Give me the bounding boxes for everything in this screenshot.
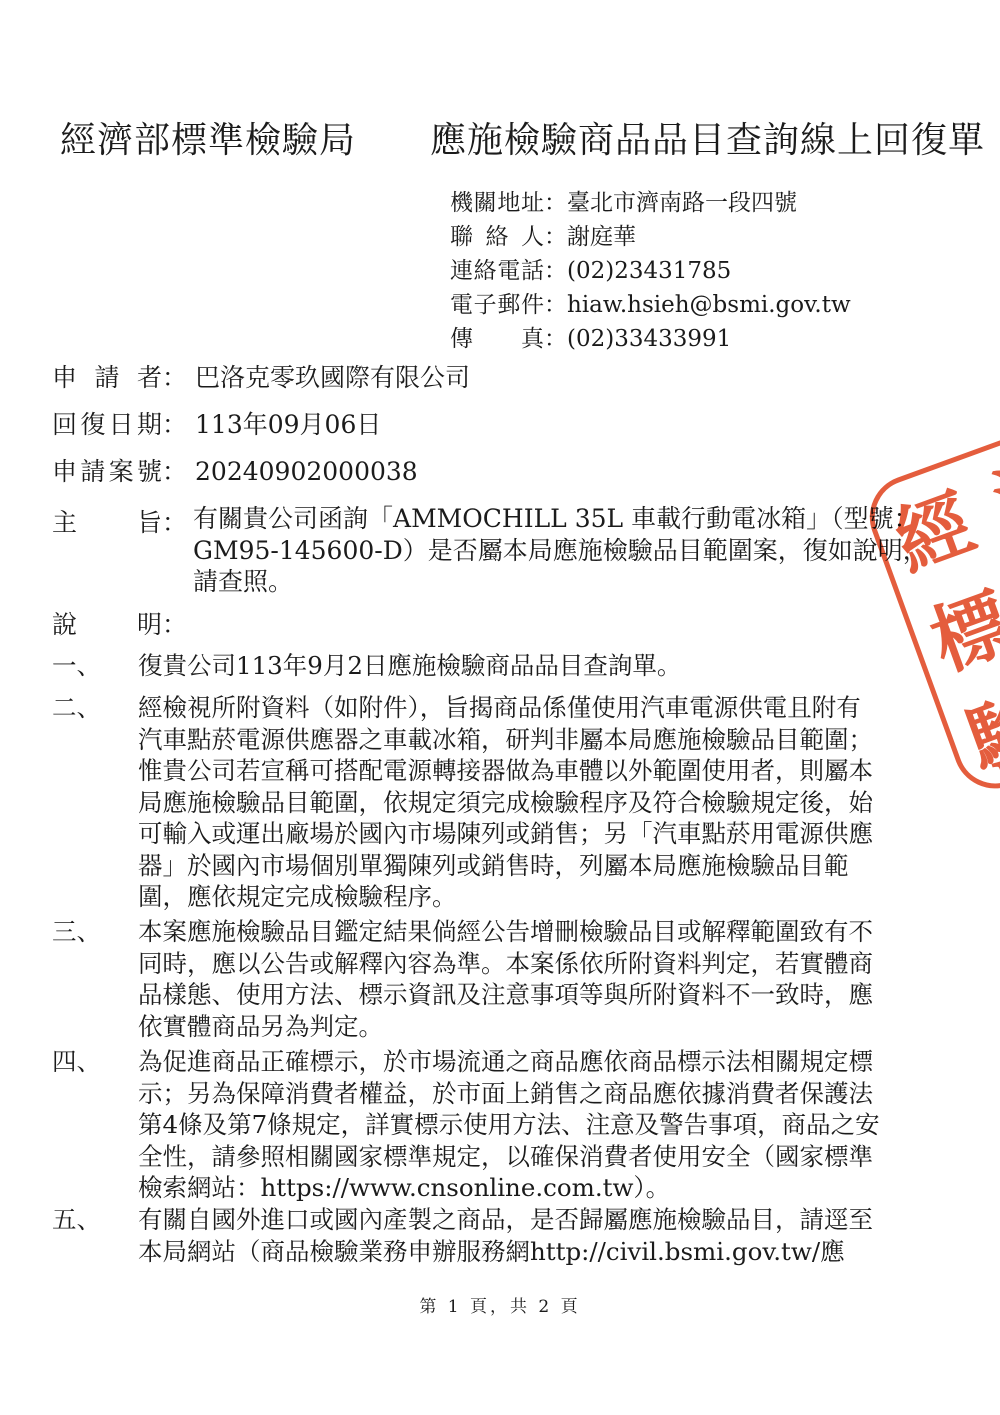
colon: ： — [544, 288, 567, 322]
colon: ： — [544, 254, 567, 288]
contact-label: 電子郵件 — [450, 288, 544, 322]
colon: ： — [162, 358, 187, 394]
contact-label: 聯絡人 — [450, 220, 544, 254]
subject-row: 主旨：有關貴公司函詢「AMMOCHILL 35L 車載行動電冰箱」（型號： GM… — [52, 503, 953, 598]
page-title: 經濟部標準檢驗局 應施檢驗商品品目查詢線上回復單 — [60, 112, 985, 163]
item-number: 四、 — [52, 1046, 101, 1078]
contact-row-person: 聯絡人：謝庭華 — [450, 220, 851, 254]
contact-value-person: 謝庭華 — [567, 224, 636, 250]
contact-value-email: hiaw.hsieh@bsmi.gov.tw — [567, 292, 851, 318]
colon: ： — [162, 452, 187, 488]
contact-row-address: 機關地址：臺北市濟南路一段四號 — [450, 186, 851, 220]
subject-label: 主旨 — [52, 503, 162, 539]
field-label: 申請案號 — [52, 452, 162, 488]
field-label: 回復日期 — [52, 405, 162, 441]
agency-contact-block: 機關地址：臺北市濟南路一段四號 聯絡人：謝庭華 連絡電話：(02)2343178… — [450, 186, 851, 356]
contact-row-phone: 連絡電話：(02)23431785 — [450, 254, 851, 288]
colon: ： — [162, 605, 187, 641]
item-text: 為促進商品正確標示，於市場流通之商品應依商品標示法相關規定標 示；另為保障消費者… — [138, 1046, 918, 1204]
explanation-row: 說明： — [52, 605, 187, 641]
item-number: 五、 — [52, 1204, 101, 1236]
colon: ： — [162, 405, 187, 441]
contact-value-phone: (02)23431785 — [567, 258, 731, 284]
explanation-label: 說明 — [52, 605, 162, 641]
field-label: 申請者 — [52, 358, 162, 394]
contact-row-fax: 傳真：(02)33433991 — [450, 322, 851, 356]
field-applicant: 申請者：巴洛克零玖國際有限公司 — [52, 358, 470, 394]
contact-label: 連絡電話 — [450, 254, 544, 288]
field-value-applicant: 巴洛克零玖國際有限公司 — [195, 363, 470, 392]
contact-row-email: 電子郵件：hiaw.hsieh@bsmi.gov.tw — [450, 288, 851, 322]
field-reply-date: 回復日期：113年09月06日 — [52, 405, 381, 441]
subject-text: 有關貴公司函詢「AMMOCHILL 35L 車載行動電冰箱」（型號： GM95-… — [193, 503, 953, 598]
contact-label: 機關地址 — [450, 186, 544, 220]
item-number: 二、 — [52, 692, 101, 724]
item-text: 有關自國外進口或國內產製之商品，是否歸屬應施檢驗品目，請逕至 本局網站（商品檢驗… — [138, 1204, 918, 1267]
colon: ： — [162, 503, 187, 539]
colon: ： — [544, 220, 567, 254]
contact-value-fax: (02)33433991 — [567, 326, 731, 352]
document-page: 經濟部標準檢驗局 應施檢驗商品品目查詢線上回復單 機關地址：臺北市濟南路一段四號… — [0, 0, 1000, 1415]
item-text: 復貴公司113年9月2日應施檢驗商品品目查詢單。 — [138, 650, 918, 682]
contact-value-address: 臺北市濟南路一段四號 — [567, 190, 797, 216]
field-value-reply-date: 113年09月06日 — [195, 410, 381, 439]
contact-label: 傳真 — [450, 322, 544, 356]
page-number-footer: 第 1 頁，共 2 頁 — [0, 1292, 1000, 1317]
field-value-case-number: 20240902000038 — [195, 457, 418, 486]
item-number: 三、 — [52, 916, 101, 948]
item-text: 經檢視所附資料（如附件），旨揭商品係僅使用汽車電源供電且附有 汽車點菸電源供應器… — [138, 692, 918, 913]
field-case-number: 申請案號：20240902000038 — [52, 452, 418, 488]
item-text: 本案應施檢驗品目鑑定結果倘經公告增刪檢驗品目或解釋範圍致有不 同時，應以公告或解… — [138, 916, 918, 1042]
colon: ： — [544, 322, 567, 356]
item-number: 一、 — [52, 650, 101, 682]
colon: ： — [544, 186, 567, 220]
